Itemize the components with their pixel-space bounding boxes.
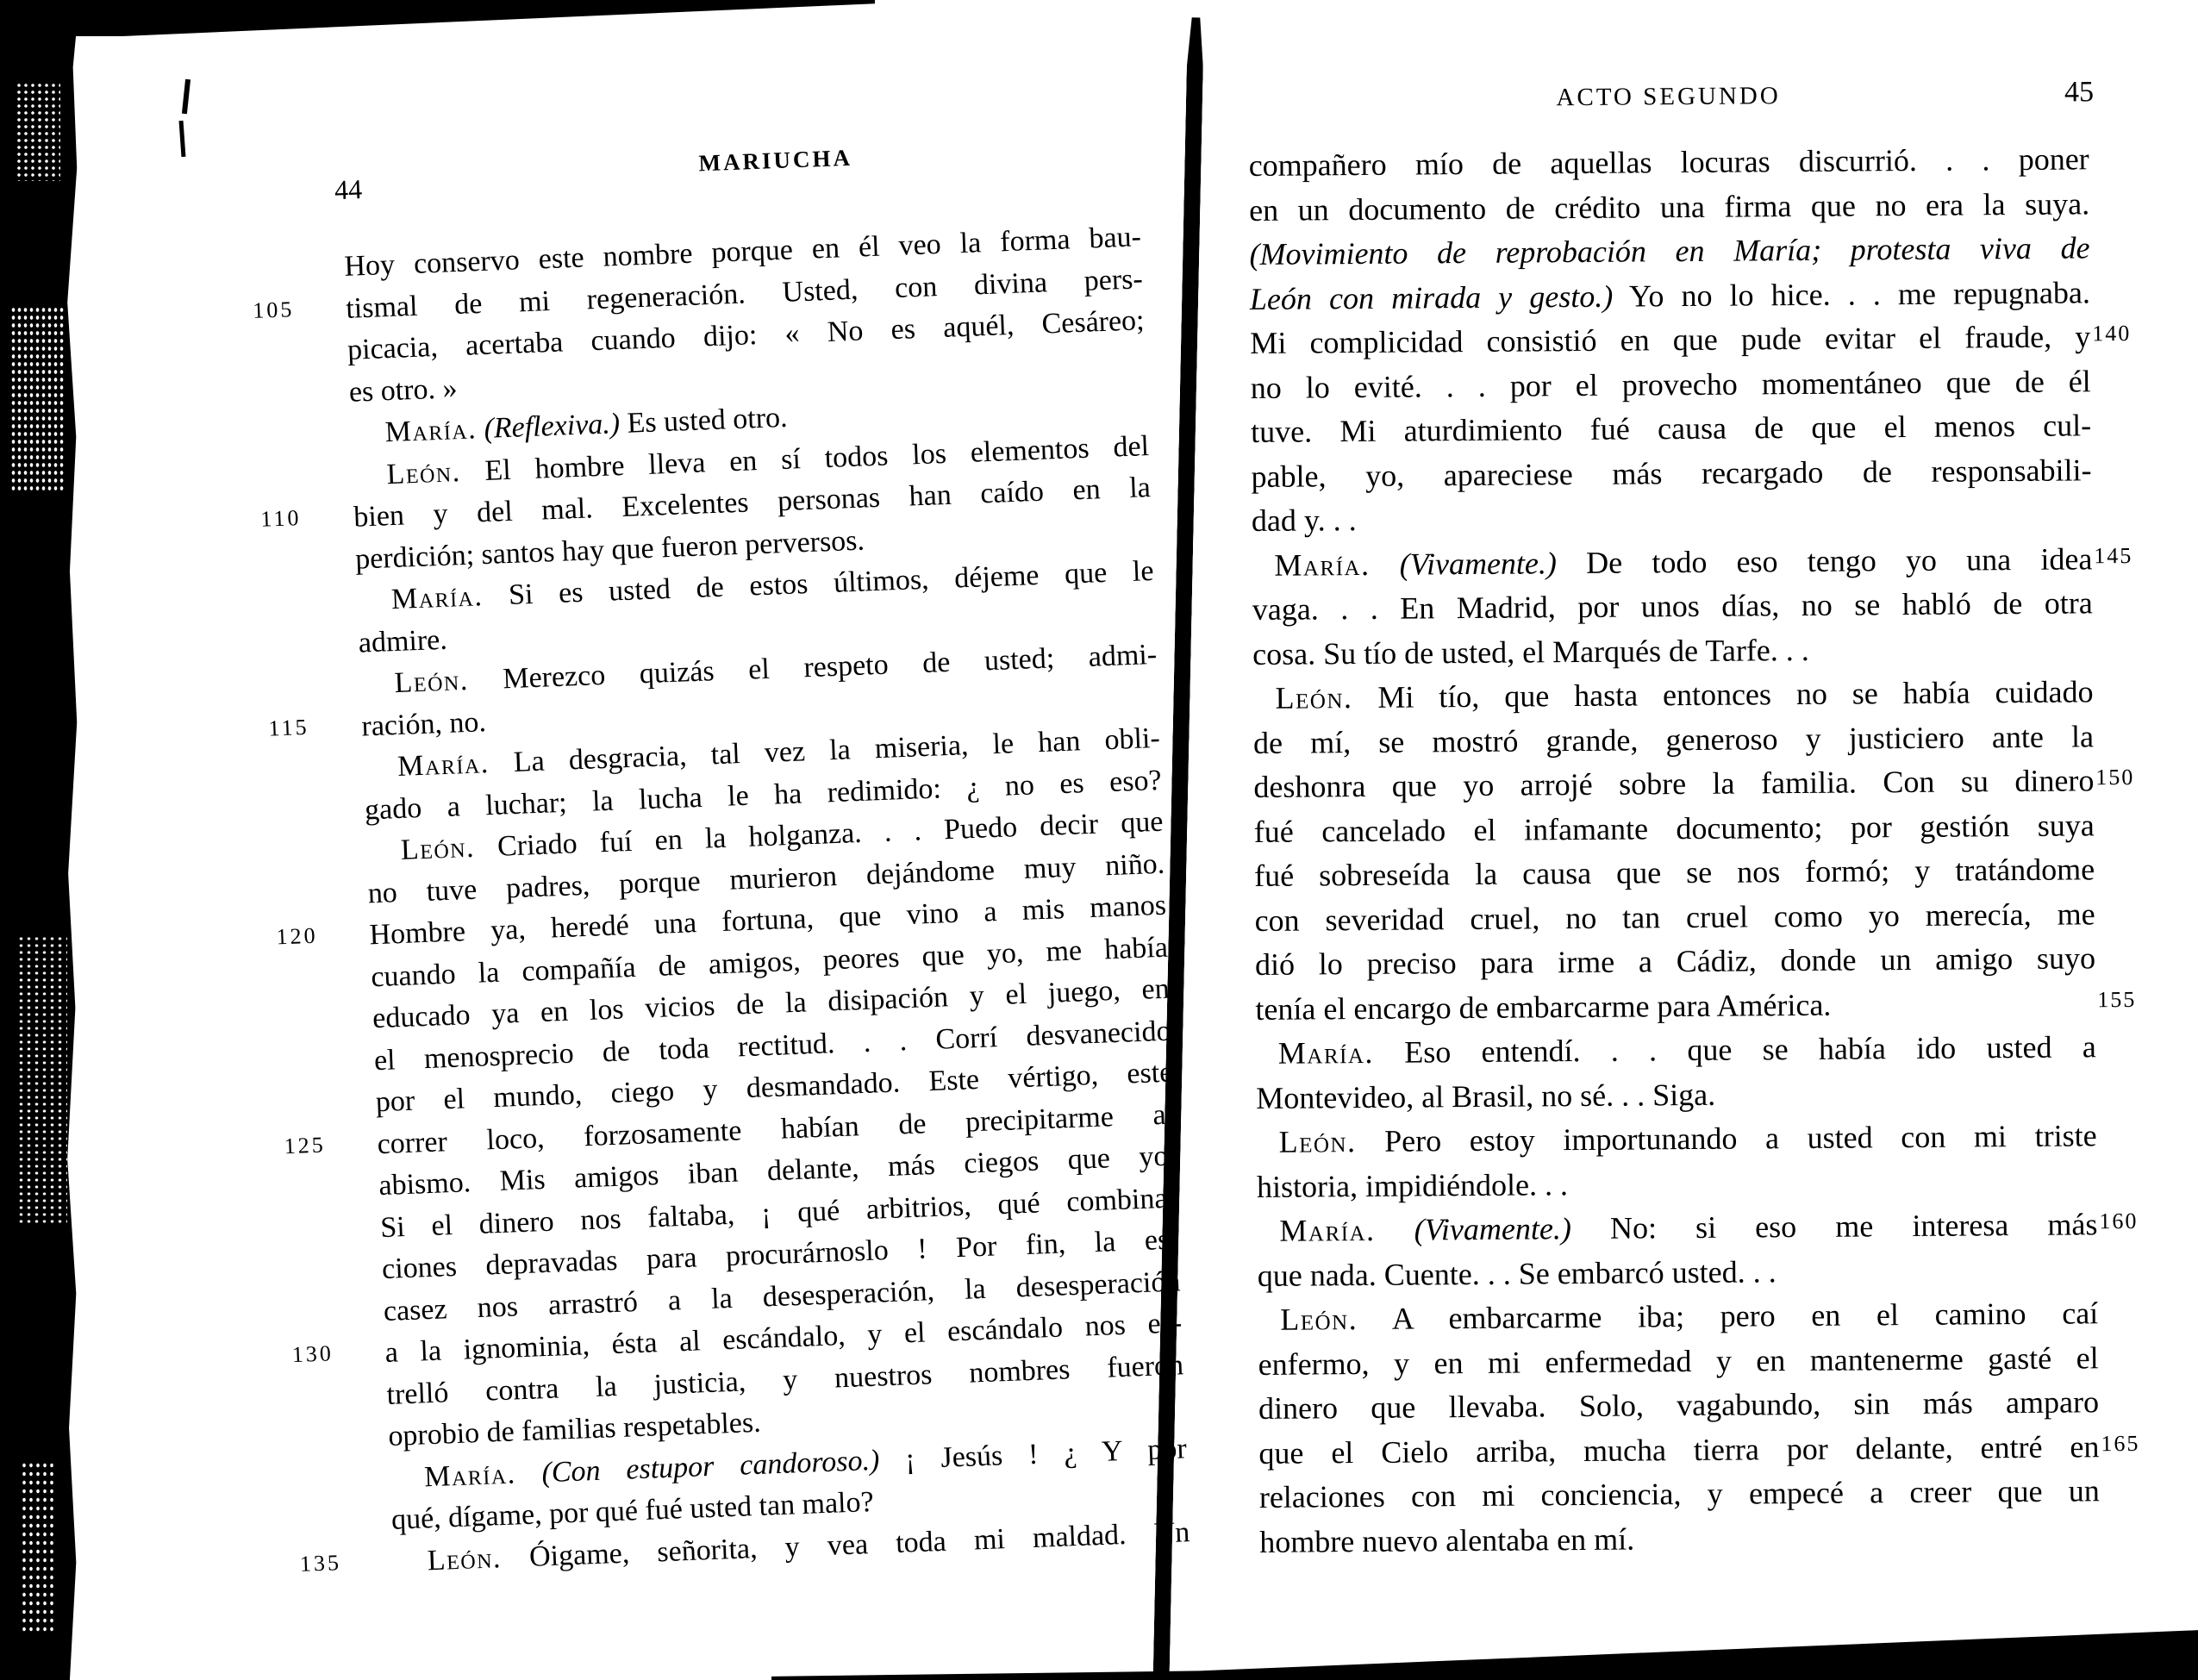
margin-line-number: 160: [2099, 1210, 2166, 1233]
dialogue-text: en un documento de crédito una firma que…: [1249, 186, 2089, 228]
dialogue-text: No: si eso me interesa más: [1571, 1207, 2098, 1246]
paragraph-indent: [366, 859, 401, 861]
margin-line-number: 145: [2094, 544, 2161, 567]
margin-line-number: 110: [260, 506, 335, 531]
book-scan: 44 MARIUCHA Hoy conservo este nombre por…: [0, 0, 2198, 1680]
dialogue-text: A embarcarme iba; pero en el camino caí: [1358, 1296, 2098, 1336]
dialogue-text: cosa. Su tío de usted, el Marqués de Tar…: [1252, 632, 1809, 671]
text-line: enfermo, y en mi enfermedad y en mantene…: [1258, 1337, 2098, 1388]
text-line: León. Pero estoy importunando a usted co…: [1256, 1115, 2096, 1165]
speaker-name: María.: [424, 1458, 517, 1493]
scan-bottom-edge: [771, 1629, 2198, 1680]
dialogue-text: fué sobreseída la causa que se nos formó…: [1254, 852, 2095, 893]
paragraph-indent: [393, 1570, 428, 1571]
text-line: 150deshonra que yo arrojé sobre la famil…: [1253, 759, 2094, 810]
dialogue-text: ración, no.: [361, 706, 487, 742]
ink-mark: [182, 79, 190, 114]
text-line: relaciones con mi conciencia, y empecé a…: [1259, 1470, 2100, 1521]
speaker-name: León.: [394, 665, 469, 699]
right-page-body: compañero mío de aquellas locuras discur…: [1249, 138, 2101, 1565]
paragraph-indent: [390, 1486, 425, 1488]
margin-line-number: 120: [276, 923, 351, 948]
scan-border-left: [0, 0, 79, 1680]
scan-speckle: [21, 1461, 57, 1633]
dialogue-text: tuve. Mi aturdimiento fué causa de que e…: [1251, 408, 2091, 449]
speaker-name: León.: [1275, 680, 1352, 715]
right-page-header: ACTO SEGUNDO 45: [1248, 79, 2089, 122]
margin-line-number: 165: [2101, 1432, 2168, 1455]
dialogue-text: fué cancelado el infamante documento; po…: [1254, 808, 2095, 849]
margin-line-number: 115: [268, 715, 343, 740]
text-line: fué cancelado el infamante documento; po…: [1254, 804, 2095, 855]
text-line: 145María. (Vivamente.) De todo eso tengo…: [1252, 538, 2092, 589]
stage-direction: (Reflexiva.): [484, 408, 621, 445]
paragraph-indent: [360, 692, 395, 694]
dialogue-text: dió lo preciso para irme a Cádiz, donde …: [1255, 940, 2095, 982]
dialogue-text: Es usted otro.: [619, 402, 788, 440]
page-number: 44: [334, 173, 362, 206]
left-page: 44 MARIUCHA Hoy conservo este nombre por…: [340, 134, 1190, 1584]
text-line: dinero que llevaba. Solo, vagabundo, sin…: [1258, 1381, 2099, 1432]
margin-line-number: 105: [253, 297, 328, 322]
dialogue-text: es otro. »: [348, 372, 458, 409]
text-line: (Movimiento de reprobación en María; pro…: [1249, 227, 2089, 278]
text-line: 155tenía el encargo de embarcarme para A…: [1255, 982, 2095, 1033]
dialogue-text: admire.: [358, 623, 447, 659]
stage-direction: (Movimiento de reprobación en María; pro…: [1249, 230, 2089, 272]
dialogue-text: dad y. . .: [1252, 503, 1357, 538]
margin-line-number: 140: [2092, 322, 2159, 346]
margin-line-number: 135: [299, 1550, 374, 1575]
text-line: no lo evité. . . por el provecho momentá…: [1251, 360, 2091, 411]
left-page-header: 44 MARIUCHA: [340, 134, 1139, 200]
speaker-name: María.: [397, 747, 490, 783]
text-line: 160María. (Vivamente.) No: si eso me int…: [1257, 1203, 2097, 1254]
left-page-body: Hoy conservo este nombre porque en él ve…: [344, 217, 1191, 1584]
speaker-name: María.: [1279, 1213, 1375, 1248]
speaker-name: María.: [1274, 546, 1370, 582]
dialogue-text: tenía el encargo de embarcarme para Amér…: [1255, 987, 1831, 1026]
margin-line-number: 125: [284, 1133, 359, 1158]
speaker-name: María.: [390, 580, 484, 615]
right-page: ACTO SEGUNDO 45 compañero mío de aquella…: [1248, 79, 2100, 1565]
dialogue-text: vaga. . . En Madrid, por unos días, no s…: [1252, 585, 2093, 627]
dialogue-text: Eso entendí. . . que se había ido usted …: [1374, 1029, 2096, 1070]
dialogue-text: dinero que llevaba. Solo, vagabundo, sin…: [1258, 1384, 2099, 1426]
scan-speckle: [17, 935, 67, 1224]
paragraph-indent: [364, 776, 398, 778]
dialogue-text: ¡ Jesús ! ¿ Y por: [879, 1433, 1188, 1476]
speaker-name: María.: [1278, 1035, 1374, 1071]
text-line: tuve. Mi aturdimiento fué causa de que e…: [1251, 404, 2091, 455]
text-line: León. A embarcarme iba; pero en el camin…: [1258, 1292, 2098, 1343]
speaker-name: León.: [400, 832, 475, 866]
scan-top-edge: [0, 0, 875, 36]
stage-direction: León con mirada y gesto.): [1250, 278, 1614, 315]
dialogue-text: enfermo, y en mi enfermedad y en mantene…: [1258, 1340, 2098, 1382]
dialogue-text: [1375, 1213, 1414, 1247]
dialogue-text: deshonra que yo arrojé sobre la familia.…: [1253, 763, 2094, 804]
margin-line-number: 130: [291, 1341, 366, 1366]
text-line: en un documento de crédito una firma que…: [1249, 183, 2089, 234]
dialogue-text: relaciones con mi conciencia, y empecé a…: [1259, 1473, 2100, 1514]
text-line: Montevideo, al Brasil, no sé. . . Siga.: [1256, 1071, 2096, 1121]
dialogue-text: De todo eso tengo yo una idea: [1557, 541, 2093, 580]
dialogue-text: con severidad cruel, no tan cruel como y…: [1254, 896, 2095, 938]
text-line: María. Eso entendí. . . que se había ido…: [1256, 1026, 2096, 1077]
running-title: ACTO SEGUNDO: [1248, 79, 2089, 115]
text-line: León. Mi tío, que hasta entonces no se h…: [1252, 671, 2093, 721]
dialogue-text: [1370, 546, 1400, 581]
scan-speckle: [16, 82, 60, 181]
text-line: compañero mío de aquellas locuras discur…: [1249, 138, 2089, 189]
dialogue-text: no lo evité. . . por el provecho momentá…: [1251, 364, 2091, 405]
dialogue-text: compañero mío de aquellas locuras discur…: [1249, 141, 2089, 183]
text-line: pable, yo, apareciese más recargado de r…: [1251, 449, 2091, 500]
paragraph-indent: [357, 609, 391, 610]
paragraph-indent: [353, 484, 387, 485]
speaker-name: León.: [1280, 1302, 1358, 1337]
text-line: hombre nuevo alentaba en mí.: [1259, 1514, 2100, 1565]
stage-direction: (Con estupor candoroso.): [541, 1444, 880, 1489]
dialogue-text: Yo no lo hice. . . me repugnaba.: [1613, 275, 2090, 313]
speaker-name: León.: [1278, 1124, 1356, 1159]
stage-direction: (Vivamente.): [1414, 1211, 1572, 1246]
text-line: León con mirada y gesto.) Yo no lo hice.…: [1250, 272, 2090, 322]
speaker-name: León.: [427, 1542, 502, 1577]
dialogue-text: Mi tío, que hasta entonces no se había c…: [1352, 674, 2093, 715]
dialogue-text: [515, 1457, 542, 1490]
text-line: 140Mi complicidad consistió en que pude …: [1250, 315, 2090, 366]
margin-line-number: 155: [2097, 988, 2164, 1011]
dialogue-text: de mí, se mostró grande, generoso y just…: [1253, 719, 2094, 760]
dialogue-text: Pero estoy importunando a usted con mi t…: [1356, 1118, 2096, 1159]
text-line: vaga. . . En Madrid, por unos días, no s…: [1252, 582, 2093, 633]
speaker-name: María.: [384, 413, 478, 448]
page-number: 45: [2064, 76, 2094, 109]
speaker-name: León.: [386, 456, 461, 490]
margin-line-number: 150: [2095, 766, 2163, 790]
dialogue-text: Mi complicidad consistió en que pude evi…: [1250, 319, 2090, 360]
text-line: de mí, se mostró grande, generoso y just…: [1253, 715, 2094, 766]
paragraph-indent: [351, 441, 385, 443]
text-line: con severidad cruel, no tan cruel como y…: [1254, 893, 2095, 944]
text-line: dió lo preciso para irme a Cádiz, donde …: [1255, 937, 2095, 988]
dialogue-text: que el Cielo arriba, mucha tierra por de…: [1258, 1429, 2099, 1471]
text-line: cosa. Su tío de usted, el Marqués de Tar…: [1252, 627, 2093, 678]
text-line: dad y. . .: [1252, 493, 2092, 544]
stage-direction: (Vivamente.): [1400, 546, 1558, 581]
scan-speckle: [10, 306, 64, 491]
text-line: que nada. Cuente. . . Se embarcó usted. …: [1258, 1248, 2098, 1299]
dialogue-text: historia, impidiéndole. . .: [1257, 1167, 1568, 1204]
dialogue-text: que nada. Cuente. . . Se embarcó usted. …: [1258, 1254, 1777, 1293]
ink-mark: [179, 121, 186, 157]
dialogue-text: hombre nuevo alentaba en mí.: [1259, 1521, 1634, 1558]
dialogue-text: pable, yo, apareciese más recargado de r…: [1251, 453, 2091, 494]
text-line: fué sobreseída la causa que se nos formó…: [1254, 848, 2095, 899]
running-title: MARIUCHA: [377, 133, 1175, 190]
dialogue-text: Montevideo, al Brasil, no sé. . . Siga.: [1256, 1077, 1715, 1115]
text-line: 165que el Cielo arriba, mucha tierra por…: [1258, 1426, 2099, 1477]
text-line: historia, impidiéndole. . .: [1257, 1159, 2097, 1210]
